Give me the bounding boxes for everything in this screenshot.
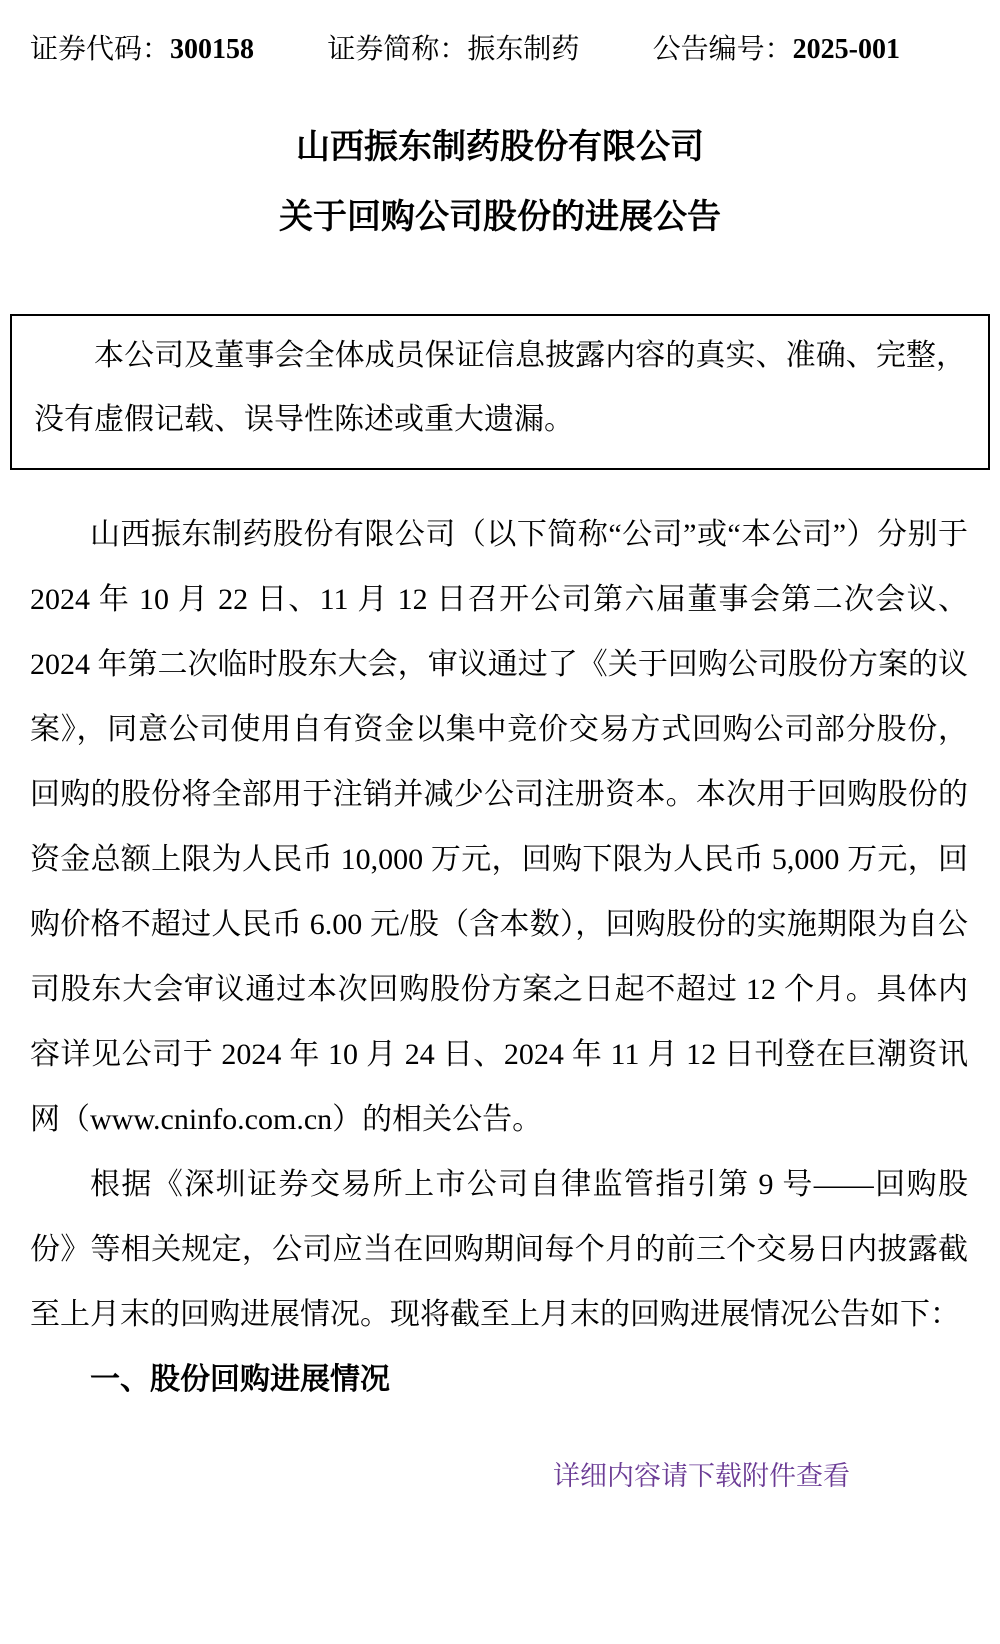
company-title: 山西振东制药股份有限公司	[0, 126, 1000, 170]
stock-name-label: 证券简称：	[327, 34, 467, 65]
announcement-title: 关于回购公司股份的进展公告	[0, 196, 1000, 240]
announcement-body: 山西振东制药股份有限公司（以下简称“公司”或“本公司”）分别于 2024 年 1…	[30, 502, 968, 1412]
announcement-number-label: 公告编号：	[653, 34, 793, 65]
stock-code: 证券代码：300158	[30, 30, 254, 70]
body-paragraph-2: 根据《深圳证券交易所上市公司自律监管指引第 9 号——回购股份》等相关规定，公司…	[30, 1152, 968, 1347]
download-attachment-link[interactable]: 详细内容请下载附件查看	[553, 1458, 850, 1494]
footer-note-row: 详细内容请下载附件查看	[0, 1458, 1000, 1494]
stock-code-label: 证券代码：	[30, 34, 170, 65]
disclaimer-text: 本公司及董事会全体成员保证信息披露内容的真实、准确、完整，没有虚假记载、误导性陈…	[34, 324, 966, 452]
stock-name: 证券简称：振东制药	[327, 30, 579, 70]
announcement-number: 公告编号：2025-001	[653, 30, 900, 70]
announcement-page: 证券代码：300158 证券简称：振东制药 公告编号：2025-001 山西振东…	[0, 0, 1000, 1644]
stock-name-value: 振东制药	[467, 34, 579, 65]
securities-header: 证券代码：300158 证券简称：振东制药 公告编号：2025-001	[0, 0, 1000, 70]
body-paragraph-1: 山西振东制药股份有限公司（以下简称“公司”或“本公司”）分别于 2024 年 1…	[30, 502, 968, 1152]
announcement-number-value: 2025-001	[793, 34, 900, 65]
stock-code-value: 300158	[170, 34, 254, 65]
section-heading-buyback-progress: 一、股份回购进展情况	[30, 1347, 968, 1412]
disclaimer-box: 本公司及董事会全体成员保证信息披露内容的真实、准确、完整，没有虚假记载、误导性陈…	[10, 314, 990, 470]
